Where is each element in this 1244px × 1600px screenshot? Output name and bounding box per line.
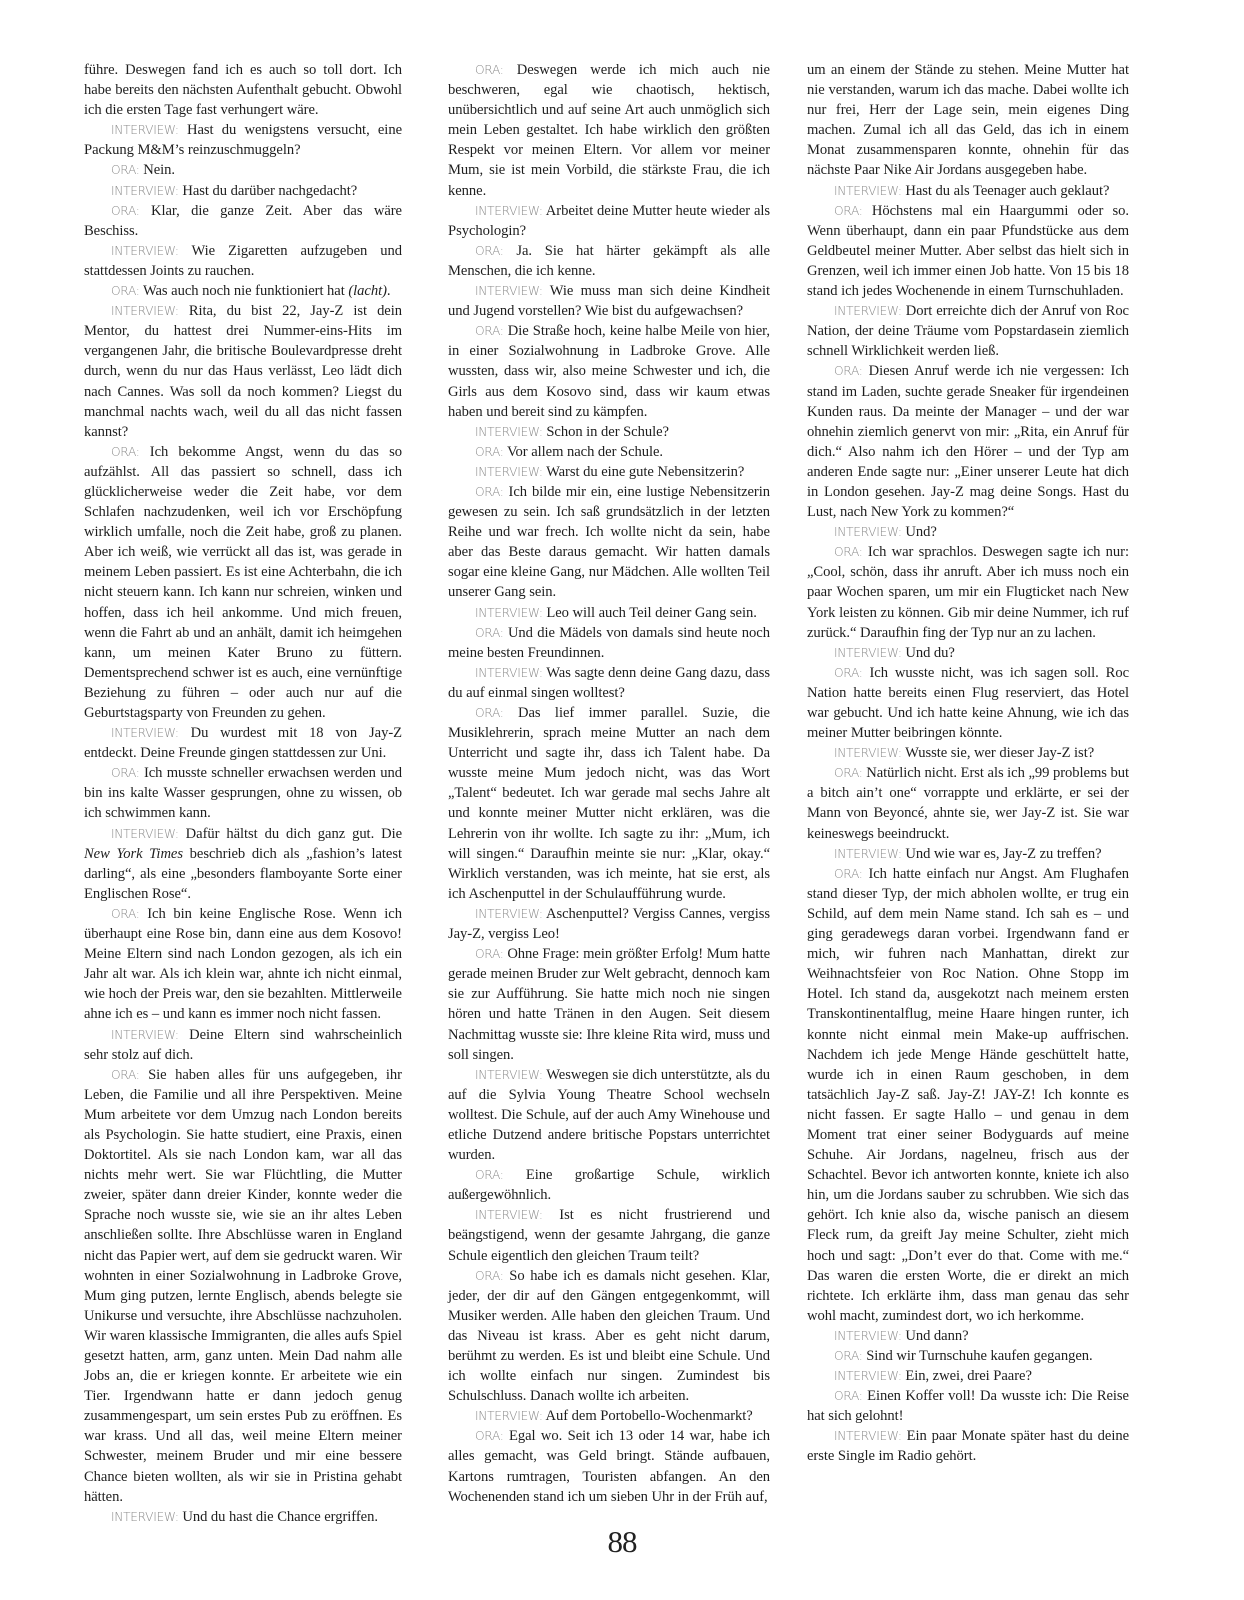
- italic-text: (lacht): [348, 283, 387, 299]
- interview-paragraph: INTERVIEW: Ein, zwei, drei Paare?: [807, 1366, 1129, 1386]
- paragraph-text: Und?: [905, 524, 936, 540]
- interview-paragraph: ORA: Ich bekomme Angst, wenn du das so a…: [84, 442, 402, 723]
- interview-paragraph: INTERVIEW: Dafür hältst du dich ganz gut…: [84, 824, 402, 904]
- interview-paragraph: INTERVIEW: Dort erreichte dich der Anruf…: [807, 301, 1129, 361]
- interview-paragraph: ORA: So habe ich es damals nicht gesehen…: [448, 1266, 770, 1407]
- paragraph-text: Rita, du bist 22, Jay-Z ist dein Mentor,…: [84, 303, 402, 440]
- speaker-label-ora: ORA:: [834, 766, 863, 780]
- paragraph-text: Sie haben alles für uns aufgegeben, ihr …: [84, 1067, 402, 1505]
- interview-paragraph: ORA: Ich bilde mir ein, eine lustige Neb…: [448, 482, 770, 603]
- speaker-label-ora: ORA:: [111, 445, 140, 459]
- interview-paragraph: ORA: Ich bin keine Englische Rose. Wenn …: [84, 904, 402, 1025]
- speaker-label-ora: ORA:: [475, 1429, 504, 1443]
- interview-paragraph: ORA: Klar, die ganze Zeit. Aber das wäre…: [84, 201, 402, 241]
- speaker-label-interview: INTERVIEW:: [111, 184, 179, 198]
- interview-paragraph: ORA: Deswegen werde ich mich auch nie be…: [448, 60, 770, 201]
- interview-paragraph: ORA: Diesen Anruf werde ich nie vergesse…: [807, 361, 1129, 522]
- interview-paragraph: INTERVIEW: Aschenputtel? Vergiss Cannes,…: [448, 904, 770, 944]
- paragraph-text: Ein, zwei, drei Paare?: [905, 1368, 1032, 1384]
- paragraph-text: um an einem der Stände zu stehen. Meine …: [807, 62, 1129, 178]
- speaker-label-ora: ORA:: [111, 766, 140, 780]
- paragraph-text: Dafür hältst du dich ganz gut. Die: [186, 826, 402, 842]
- speaker-label-interview: INTERVIEW:: [834, 1369, 902, 1383]
- speaker-label-interview: INTERVIEW:: [111, 304, 179, 318]
- speaker-label-ora: ORA:: [475, 244, 504, 258]
- paragraph-text: Deswegen werde ich mich auch nie beschwe…: [448, 62, 770, 199]
- speaker-label-interview: INTERVIEW:: [111, 244, 179, 258]
- interview-paragraph: INTERVIEW: Weswegen sie dich unterstützt…: [448, 1065, 770, 1165]
- speaker-label-ora: ORA:: [834, 1389, 863, 1403]
- speaker-label-interview: INTERVIEW:: [475, 666, 543, 680]
- interview-paragraph: INTERVIEW: Wusste sie, wer dieser Jay-Z …: [807, 743, 1129, 763]
- paragraph-text: Sind wir Turnschuhe kaufen gegangen.: [866, 1348, 1092, 1364]
- speaker-label-ora: ORA:: [111, 284, 140, 298]
- interview-paragraph: ORA: Ich hatte einfach nur Angst. Am Flu…: [807, 864, 1129, 1326]
- interview-paragraph: INTERVIEW: Hast du wenigstens versucht, …: [84, 120, 402, 160]
- speaker-label-ora: ORA:: [834, 867, 863, 881]
- interview-paragraph: INTERVIEW: Du wurdest mit 18 von Jay-Z e…: [84, 723, 402, 763]
- interview-paragraph: INTERVIEW: Schon in der Schule?: [448, 422, 770, 442]
- speaker-label-ora: ORA:: [475, 706, 504, 720]
- speaker-label-ora: ORA:: [475, 63, 504, 77]
- paragraph-text: Nein.: [143, 162, 175, 178]
- continuation-paragraph: führe. Deswegen fand ich es auch so toll…: [84, 60, 402, 120]
- speaker-label-interview: INTERVIEW:: [475, 284, 543, 298]
- interview-paragraph: ORA: Nein.: [84, 160, 402, 180]
- interview-paragraph: INTERVIEW: Hast du als Teenager auch gek…: [807, 181, 1129, 201]
- interview-paragraph: ORA: Was auch noch nie funktioniert hat …: [84, 281, 402, 301]
- paragraph-text: Das lief immer parallel. Suzie, die Musi…: [448, 705, 770, 902]
- speaker-label-interview: INTERVIEW:: [475, 204, 543, 218]
- paragraph-text: Ich bekomme Angst, wenn du das so aufzäh…: [84, 444, 402, 721]
- speaker-label-ora: ORA:: [834, 1349, 863, 1363]
- paragraph-text: Auf dem Portobello-Wochenmarkt?: [546, 1408, 753, 1424]
- paragraph-text: Wusste sie, wer dieser Jay-Z ist?: [905, 745, 1094, 761]
- interview-paragraph: INTERVIEW: Und du?: [807, 643, 1129, 663]
- speaker-label-ora: ORA:: [475, 485, 504, 499]
- interview-paragraph: ORA: Natürlich nicht. Erst als ich „99 p…: [807, 763, 1129, 843]
- speaker-label-interview: INTERVIEW:: [475, 606, 543, 620]
- interview-paragraph: INTERVIEW: Arbeitet deine Mutter heute w…: [448, 201, 770, 241]
- paragraph-text: Ich hatte einfach nur Angst. Am Flughafe…: [807, 866, 1129, 1324]
- interview-paragraph: ORA: Einen Koffer voll! Da wusste ich: D…: [807, 1386, 1129, 1426]
- paragraph-text: Und du hast die Chance ergriffen.: [182, 1509, 378, 1525]
- page-number: 88: [0, 1524, 1244, 1560]
- paragraph-text: führe. Deswegen fand ich es auch so toll…: [84, 62, 402, 118]
- speaker-label-interview: INTERVIEW:: [834, 847, 902, 861]
- text-column-2: ORA: Deswegen werde ich mich auch nie be…: [448, 60, 770, 1507]
- interview-paragraph: INTERVIEW: Rita, du bist 22, Jay-Z ist d…: [84, 301, 402, 442]
- interview-paragraph: INTERVIEW: Und wie war es, Jay-Z zu tref…: [807, 844, 1129, 864]
- paragraph-text: Schon in der Schule?: [546, 424, 669, 440]
- interview-paragraph: ORA: Ich wusste nicht, was ich sagen sol…: [807, 663, 1129, 743]
- interview-paragraph: ORA: Ich musste schneller erwachsen werd…: [84, 763, 402, 823]
- continuation-paragraph: um an einem der Stände zu stehen. Meine …: [807, 60, 1129, 181]
- paragraph-text: Was auch noch nie funktioniert hat: [143, 283, 345, 299]
- paragraph-text: Diesen Anruf werde ich nie vergessen: Ic…: [807, 363, 1129, 520]
- speaker-label-ora: ORA:: [834, 545, 863, 559]
- speaker-label-interview: INTERVIEW:: [834, 304, 902, 318]
- paragraph-text: Warst du eine gute Nebensitzerin?: [546, 464, 744, 480]
- interview-paragraph: ORA: Egal wo. Seit ich 13 oder 14 war, h…: [448, 1426, 770, 1506]
- interview-paragraph: INTERVIEW: Und?: [807, 522, 1129, 542]
- speaker-label-ora: ORA:: [475, 445, 504, 459]
- interview-paragraph: INTERVIEW: Ist es nicht frustrierend und…: [448, 1205, 770, 1265]
- interview-paragraph: ORA: Höchstens mal ein Haargummi oder so…: [807, 201, 1129, 301]
- interview-paragraph: ORA: Und die Mädels von damals sind heut…: [448, 623, 770, 663]
- interview-paragraph: ORA: Ich war sprachlos. Deswegen sagte i…: [807, 542, 1129, 642]
- speaker-label-interview: INTERVIEW:: [834, 184, 902, 198]
- speaker-label-ora: ORA:: [111, 204, 140, 218]
- speaker-label-interview: INTERVIEW:: [111, 726, 179, 740]
- speaker-label-ora: ORA:: [111, 163, 140, 177]
- speaker-label-ora: ORA:: [111, 907, 140, 921]
- speaker-label-interview: INTERVIEW:: [111, 1510, 179, 1524]
- paragraph-text: Leo will auch Teil deiner Gang sein.: [546, 605, 756, 621]
- interview-paragraph: INTERVIEW: Hast du darüber nachgedacht?: [84, 181, 402, 201]
- paragraph-text: Ich bin keine Englische Rose. Wenn ich ü…: [84, 906, 402, 1022]
- speaker-label-ora: ORA:: [834, 204, 863, 218]
- interview-paragraph: INTERVIEW: Deine Eltern sind wahrscheinl…: [84, 1025, 402, 1065]
- paragraph-text: Und dann?: [905, 1328, 968, 1344]
- paragraph-text: Hast du darüber nachgedacht?: [182, 183, 357, 199]
- speaker-label-ora: ORA:: [475, 324, 504, 338]
- interview-paragraph: ORA: Eine großartige Schule, wirklich au…: [448, 1165, 770, 1205]
- interview-paragraph: INTERVIEW: Wie Zigaretten aufzugeben und…: [84, 241, 402, 281]
- paragraph-text-suffix: .: [387, 283, 391, 299]
- paragraph-text: Und du?: [905, 645, 955, 661]
- interview-paragraph: INTERVIEW: Und dann?: [807, 1326, 1129, 1346]
- speaker-label-interview: INTERVIEW:: [834, 646, 902, 660]
- speaker-label-ora: ORA:: [475, 626, 504, 640]
- paragraph-text: So habe ich es damals nicht gesehen. Kla…: [448, 1268, 770, 1405]
- speaker-label-interview: INTERVIEW:: [111, 827, 179, 841]
- interview-paragraph: ORA: Sind wir Turnschuhe kaufen gegangen…: [807, 1346, 1129, 1366]
- magazine-page: führe. Deswegen fand ich es auch so toll…: [0, 0, 1244, 1600]
- paragraph-text: Und wie war es, Jay-Z zu treffen?: [905, 846, 1101, 862]
- interview-paragraph: ORA: Ja. Sie hat härter gekämpft als all…: [448, 241, 770, 281]
- speaker-label-interview: INTERVIEW:: [111, 123, 179, 137]
- paragraph-text: Hast du als Teenager auch geklaut?: [905, 183, 1109, 199]
- speaker-label-ora: ORA:: [475, 1168, 504, 1182]
- interview-paragraph: INTERVIEW: Ein paar Monate später hast d…: [807, 1426, 1129, 1466]
- speaker-label-interview: INTERVIEW:: [475, 1409, 543, 1423]
- speaker-label-interview: INTERVIEW:: [834, 1329, 902, 1343]
- speaker-label-interview: INTERVIEW:: [111, 1028, 179, 1042]
- speaker-label-ora: ORA:: [834, 666, 863, 680]
- interview-paragraph: INTERVIEW: Warst du eine gute Nebensitze…: [448, 462, 770, 482]
- interview-paragraph: INTERVIEW: Was sagte denn deine Gang daz…: [448, 663, 770, 703]
- interview-paragraph: INTERVIEW: Wie muss man sich deine Kindh…: [448, 281, 770, 321]
- speaker-label-interview: INTERVIEW:: [834, 746, 902, 760]
- text-column-3: um an einem der Stände zu stehen. Meine …: [807, 60, 1129, 1467]
- italic-text: New York Times: [84, 846, 183, 862]
- interview-paragraph: ORA: Die Straße hoch, keine halbe Meile …: [448, 321, 770, 421]
- speaker-label-ora: ORA:: [834, 364, 863, 378]
- interview-paragraph: ORA: Das lief immer parallel. Suzie, die…: [448, 703, 770, 904]
- interview-paragraph: INTERVIEW: Leo will auch Teil deiner Gan…: [448, 603, 770, 623]
- speaker-label-interview: INTERVIEW:: [834, 525, 902, 539]
- speaker-label-ora: ORA:: [475, 947, 504, 961]
- text-column-1: führe. Deswegen fand ich es auch so toll…: [84, 60, 402, 1527]
- speaker-label-interview: INTERVIEW:: [475, 465, 543, 479]
- speaker-label-interview: INTERVIEW:: [475, 907, 543, 921]
- speaker-label-interview: INTERVIEW:: [475, 1068, 543, 1082]
- speaker-label-ora: ORA:: [111, 1068, 140, 1082]
- interview-paragraph: ORA: Sie haben alles für uns aufgegeben,…: [84, 1065, 402, 1507]
- interview-paragraph: ORA: Ohne Frage: mein größter Erfolg! Mu…: [448, 944, 770, 1065]
- speaker-label-interview: INTERVIEW:: [475, 1208, 543, 1222]
- interview-paragraph: ORA: Vor allem nach der Schule.: [448, 442, 770, 462]
- paragraph-text: Ich bilde mir ein, eine lustige Nebensit…: [448, 484, 770, 600]
- paragraph-text: Ohne Frage: mein größter Erfolg! Mum hat…: [448, 946, 770, 1062]
- speaker-label-interview: INTERVIEW:: [834, 1429, 902, 1443]
- speaker-label-ora: ORA:: [475, 1269, 504, 1283]
- speaker-label-interview: INTERVIEW:: [475, 425, 543, 439]
- paragraph-text: Vor allem nach der Schule.: [507, 444, 663, 460]
- interview-paragraph: INTERVIEW: Auf dem Portobello-Wochenmark…: [448, 1406, 770, 1426]
